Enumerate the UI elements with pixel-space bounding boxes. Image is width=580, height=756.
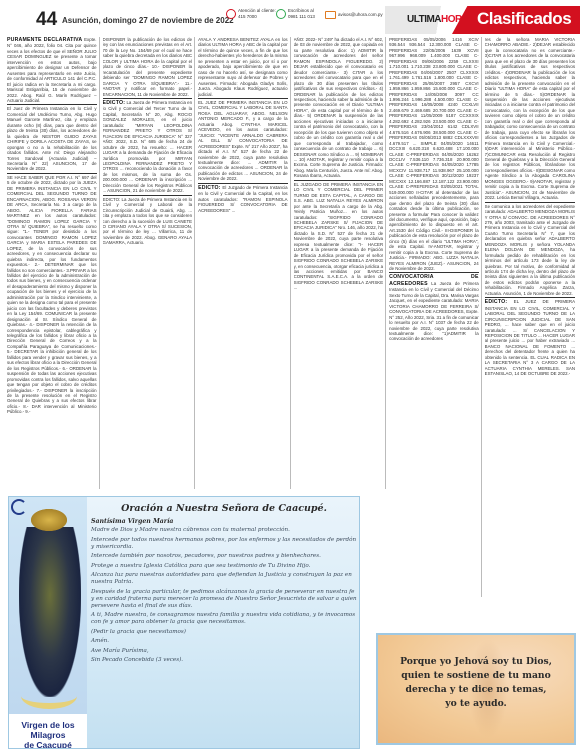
- crescent-moon-icon: [21, 683, 77, 709]
- notice: EDICTO: EL JUEZ DE PRIMERA INSTANCIA EN …: [485, 299, 575, 376]
- notice-body: Expte. N° 046, año 2022, folio 04. Cita …: [7, 37, 97, 103]
- notice: AÑO: 2022- N° 249" ha dictado el A.I. N°…: [294, 37, 384, 179]
- prayer-paragraph: Intercede también por nosotros, pecadore…: [91, 553, 357, 560]
- notice-body: El Juez de Primera Instancia en lo Civil…: [7, 106, 97, 171]
- prayer-subtitle: Santísima Virgen María: [91, 518, 357, 525]
- divider: [7, 104, 97, 105]
- verse-line: yo te ayudo.: [445, 698, 507, 709]
- notice-body: AYALA Y ANDRESA BENITEZ AYALA en los dia…: [198, 37, 288, 97]
- verse-line: derecha y te dice no temas,: [406, 684, 547, 695]
- brand-ultima: ULTIMA: [407, 14, 441, 25]
- notice-body: EL JUEZ DE PRIMERA INSTANCIA EN LO CIVIL…: [485, 299, 575, 376]
- notice: SE HACE SABER QUE POR A.I. N° 697 del 5 …: [7, 175, 97, 415]
- divider: [294, 180, 384, 181]
- verse-line: Porque yo Jehová soy tu Dios,: [400, 656, 552, 667]
- divider: [198, 98, 288, 99]
- notice-heading: EDICTO:: [198, 185, 221, 191]
- divider: [389, 272, 479, 273]
- email-icon: [325, 11, 336, 19]
- notice-body: PREFERIDAS 05/05/2006 1416 XCIV 936.544 …: [389, 37, 479, 271]
- page-header: 44 Asunción, domingo 27 de noviembre de …: [0, 0, 580, 34]
- column-2: DISPONER la publicación de los edictos d…: [103, 37, 196, 489]
- contact-whatsapp-label: Escríbinos al: [288, 8, 314, 13]
- prayer-ad: Virgen de los Milagros de Caacupé Oració…: [8, 496, 360, 749]
- notice: EDICTO: El Juzgado de Primera Instancia …: [198, 185, 288, 213]
- prayer-paragraph: (Pedir la gracia que necesitamos): [91, 629, 357, 636]
- contact-whatsapp: Escríbinos al0981 111 013: [276, 8, 315, 19]
- prayer-paragraph: A ti, Madre nuestra, te consagramos nues…: [91, 612, 357, 626]
- notice-body: AÑO: 2022- N° 249" ha dictado el A.I. N°…: [294, 37, 384, 178]
- notice: EL JUZGADO DE PRIMERA INSTANCIA EN LO CI…: [294, 182, 384, 291]
- virgin-figure: [19, 527, 81, 697]
- page-number: 44: [36, 9, 57, 31]
- classified-columns: PURAMENTE DECLARATIVA Expte. N° 046, año…: [7, 37, 577, 489]
- divider: [485, 297, 575, 298]
- notice: AYALA Y ANDRESA BENITEZ AYALA en los dia…: [198, 37, 288, 97]
- notice-heading: EDICTO:: [485, 299, 508, 305]
- column-4: AÑO: 2022- N° 249" ha dictado el A.I. N°…: [294, 37, 387, 489]
- prayer-text: Oración a Nuestra Señora de Caacupé. San…: [91, 501, 357, 667]
- prayer-paragraph: Intercede por todos nuestros hermanos po…: [91, 537, 357, 551]
- column-1: PURAMENTE DECLARATIVA Expte. N° 046, año…: [7, 37, 100, 489]
- notice-body: La Jueza de Primera Instancia en lo Civi…: [103, 100, 193, 193]
- notice: El Juez de Primera Instancia en lo Civil…: [7, 106, 97, 171]
- divider: [485, 202, 575, 203]
- divider: [103, 195, 193, 196]
- section-title: Clasificados: [477, 9, 571, 29]
- phone-icon: [226, 9, 236, 19]
- verse-text: Porque yo Jehová soy tu Dios, quien te s…: [378, 655, 574, 711]
- prayer-paragraph: Alcanza luz para nuestras autoridades pa…: [91, 572, 357, 586]
- notice-heading: EDICTO:: [103, 100, 126, 106]
- verse-line: quien te sostiene de tu mano: [401, 670, 550, 681]
- notice-body: res de la señora MARIA VICTORIA CHAMORRO…: [485, 37, 575, 200]
- notice: PURAMENTE DECLARATIVA Expte. N° 046, año…: [7, 37, 97, 103]
- notice-body: EL JUZGADO DE PRIMERA INSTANCIA EN LO CI…: [294, 182, 384, 291]
- publication-date: Asunción, domingo 27 de noviembre de 202…: [62, 16, 234, 25]
- caption-line-2: de Caacupé: [24, 740, 72, 748]
- prayer-paragraph: Protege a nuestra Iglesia Católica para …: [91, 563, 357, 570]
- divider: [103, 98, 193, 99]
- notice: EL JUEZ DE PRIMERA INSTANCIA EN LO CIVIL…: [198, 100, 288, 182]
- contact-email: avisos@uhora.com.py: [325, 11, 383, 19]
- notice-body: EDICTO: La Jueza de Primera Instancia en…: [103, 197, 193, 246]
- notice: DISPONER la publicación de los edictos d…: [103, 37, 193, 97]
- whatsapp-icon: [276, 9, 286, 19]
- bible-verse-ad: Porque yo Jehová soy tu Dios, quien te s…: [376, 633, 576, 745]
- section-banner: Clasificados: [452, 6, 580, 34]
- column-6: res de la señora MARIA VICTORIA CHAMORRO…: [485, 37, 577, 597]
- notice: EDICTO: La Jueza de Primera Instancia en…: [103, 197, 193, 246]
- notice-body: La Jueza de Primera Instancia en lo Civi…: [389, 281, 479, 342]
- contact-phone-label: Atención al cliente:: [238, 8, 276, 13]
- contact-whatsapp-value: 0981 111 013: [288, 14, 315, 19]
- divider: [7, 173, 97, 174]
- ornament-icon: [11, 499, 27, 515]
- notice: res de la señora MARIA VICTORIA CHAMORRO…: [485, 37, 575, 201]
- notice-body: Se comunica a los acreedores del expedie…: [485, 204, 575, 296]
- notice: Se comunica a los acreedores del expedie…: [485, 204, 575, 297]
- notice-body: SE HACE SABER QUE POR A.I. N° 697 del 5 …: [7, 175, 97, 414]
- image-caption: Virgen de los Milagros de Caacupé: [9, 714, 87, 748]
- notice: EDICTO: La Jueza de Primera Instancia en…: [103, 100, 193, 194]
- notice: PREFERIDAS 05/05/2006 1416 XCIV 936.544 …: [389, 37, 479, 271]
- caption-line-1: Virgen de los Milagros: [21, 720, 74, 740]
- virgin-image: Virgen de los Milagros de Caacupé: [9, 497, 87, 748]
- crown-icon: [31, 509, 67, 531]
- column-3: AYALA Y ANDRESA BENITEZ AYALA en los dia…: [198, 37, 291, 489]
- notice-heading: PURAMENTE DECLARATIVA: [7, 37, 82, 43]
- contact-email-value: avisos@uhora.com.py: [338, 12, 383, 18]
- prayer-paragraph: Amén.: [91, 638, 357, 645]
- column-5: PREFERIDAS 05/05/2006 1416 XCIV 936.544 …: [389, 37, 482, 597]
- prayer-paragraph: Ave María Purísima,: [91, 648, 357, 655]
- contact-phone: Atención al cliente:415 7000: [226, 8, 276, 19]
- prayer-paragraph: Después de la gracia particular, te pedi…: [91, 589, 357, 610]
- notice: CONVOCATORIA DE ACREEDORES La Jueza de P…: [389, 274, 479, 341]
- prayer-paragraph: Sin Pecado Concebida (3 veces).: [91, 657, 357, 664]
- prayer-title: Oración a Nuestra Señora de Caacupé.: [91, 505, 357, 512]
- prayer-paragraph: Madre de Dios y Madre nuestra cúbrenos c…: [91, 527, 357, 534]
- divider: [198, 183, 288, 184]
- contact-phone-value: 415 7000: [238, 14, 257, 19]
- notice-body: EL JUEZ DE PRIMERA INSTANCIA EN LO CIVIL…: [198, 100, 288, 181]
- notice-body: DISPONER la publicación de los edictos d…: [103, 37, 193, 97]
